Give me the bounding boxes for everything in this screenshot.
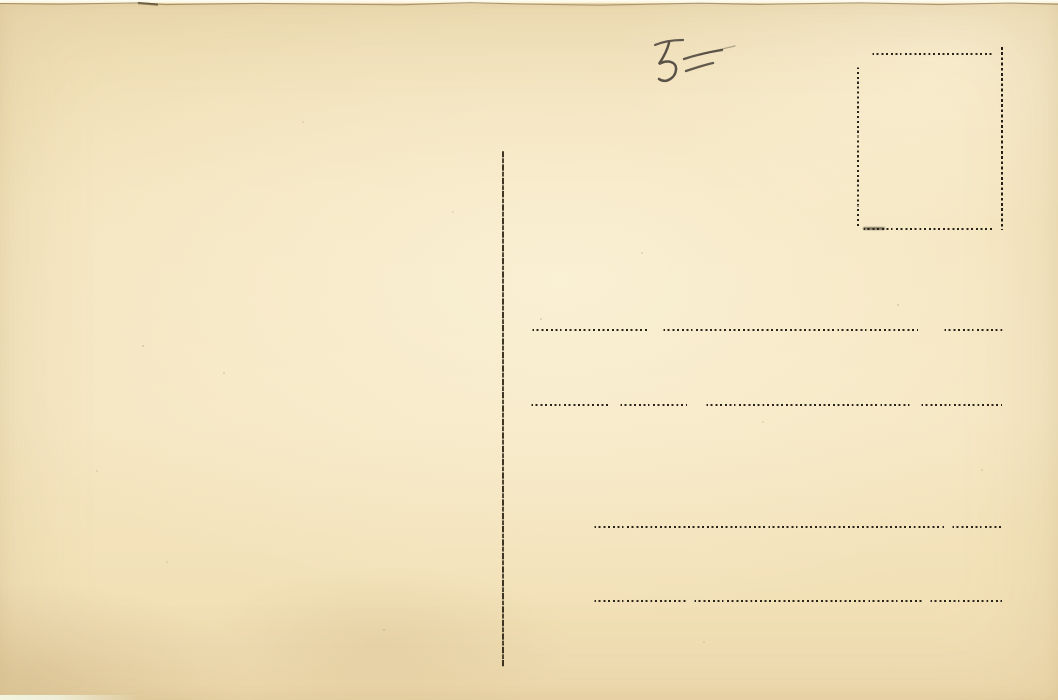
address-dotted-line (694, 600, 922, 602)
stamp-box-right-edge (1001, 47, 1003, 230)
stamp-box-top-edge (872, 53, 992, 55)
stamp-box-bottom-edge (863, 228, 993, 230)
address-dotted-line (921, 404, 1002, 406)
stamp-box-left-edge (857, 67, 859, 227)
handwritten-postage-note: 5= (640, 24, 750, 98)
scan-bottom-left-edge (0, 695, 140, 700)
address-dotted-line (594, 600, 686, 602)
message-address-divider-line (502, 151, 504, 667)
address-dotted-line (594, 526, 944, 528)
paper-specks (0, 0, 2, 2)
pencil-5-equals-icon (640, 24, 750, 94)
address-dotted-line (952, 526, 1002, 528)
address-dotted-line (706, 404, 911, 406)
address-dotted-line (663, 329, 918, 331)
address-dotted-line (930, 600, 1002, 602)
address-dotted-line (532, 329, 647, 331)
deckle-edge-hairline (0, 0, 1058, 10)
address-dotted-line (531, 404, 608, 406)
postcard-back: 5= (0, 0, 1058, 700)
address-dotted-line (620, 404, 687, 406)
address-dotted-line (944, 329, 1003, 331)
